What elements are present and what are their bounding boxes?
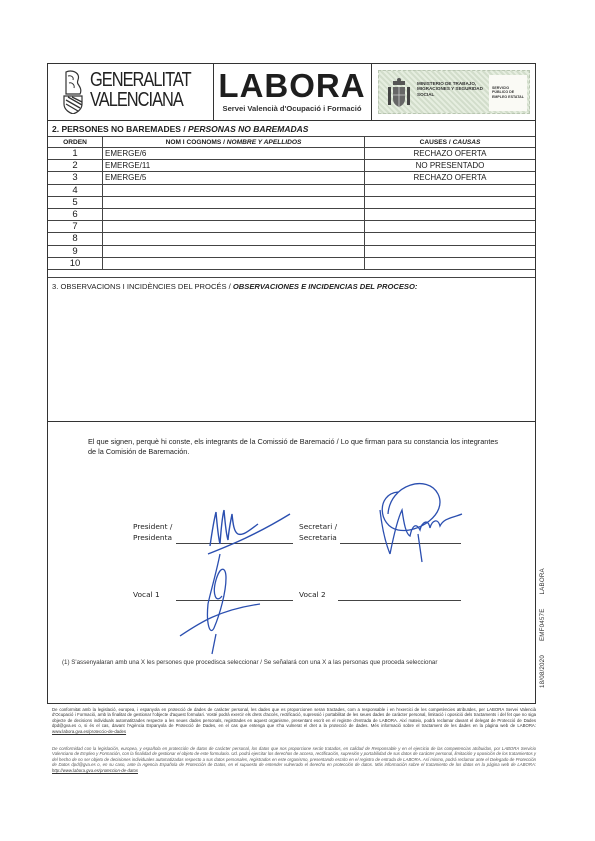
vocal-2-signature-line [338,600,461,601]
president-label: President / Presidenta [133,522,172,543]
signature-intro: El que signen, perquè hi conste, els int… [88,437,508,457]
cell-name [103,257,365,269]
generalitat-shield-icon [62,70,84,114]
table-row: 9 [48,245,535,257]
column-header-name: NOM I COGNOMS / NOMBRE Y APELLIDOS [103,137,365,148]
cell-order: 6 [48,208,103,220]
cell-cause [365,257,536,269]
column-header-cause: CAUSES / CAUSAS [365,137,536,148]
header: GENERALITAT VALENCIANA LABORA Servei Val… [48,64,535,121]
observations-section: 3. OBSERVACIONS I INCIDÈNCIES DEL PROCÉS… [48,277,535,422]
column-header-order: ORDEN [48,137,103,148]
data-protection-link-es[interactable]: http://www.labora.gva.es/proteccion-de-d… [52,768,138,773]
cell-cause [365,208,536,220]
cell-order: 8 [48,233,103,245]
cell-name [103,233,365,245]
cell-cause: RECHAZO OFERTA [365,172,536,184]
cell-order: 10 [48,257,103,269]
non-scored-persons-table: ORDEN NOM I COGNOMS / NOMBRE Y APELLIDOS… [48,136,535,270]
cell-name [103,245,365,257]
section-3-title: 3. OBSERVACIONS I INCIDÈNCIES DEL PROCÉS… [52,282,417,291]
generalitat-logo: GENERALITAT VALENCIANA [48,64,214,120]
observations-text [52,296,531,417]
cell-name: EMERGE/11 [103,160,365,172]
data-protection-link-va[interactable]: www.labora.gva.es/proteccio-de-dades [52,729,126,734]
table-row: 4 [48,184,535,196]
table-row: 1EMERGE/6RECHAZO OFERTA [48,148,535,160]
labora-title: LABORA [213,67,371,105]
cell-order: 9 [48,245,103,257]
cell-name [103,208,365,220]
table-row: 6 [48,208,535,220]
secretary-label: Secretari / Secretaria [299,522,337,543]
table-header-row: ORDEN NOM I COGNOMS / NOMBRE Y APELLIDOS… [48,137,535,148]
generalitat-name: GENERALITAT VALENCIANA [90,70,191,110]
sepe-name: SERVICIO PÚBLICO DE EMPLEO ESTATAL [492,86,526,99]
data-protection-notice-es: De conformidad con la legislación, europ… [52,746,536,773]
form-frame: GENERALITAT VALENCIANA LABORA Servei Val… [47,63,536,704]
cell-order: 3 [48,172,103,184]
section-2-title: 2. PERSONES NO BAREMADES / PERSONAS NO B… [52,124,308,134]
labora-logo: LABORA Servei Valencià d'Ocupació i Form… [213,64,372,120]
table-row: 3EMERGE/5RECHAZO OFERTA [48,172,535,184]
ministry-name: MINISTERIO DE TRABAJO, MIGRACIONES Y SEG… [417,81,485,97]
cell-order: 7 [48,221,103,233]
table-row: 7 [48,221,535,233]
cell-cause: NO PRESENTADO [365,160,536,172]
cell-name: EMERGE/5 [103,172,365,184]
vocal-2-label: Vocal 2 [299,590,326,601]
data-protection-notice-va: De conformitat amb la legislació, europe… [52,707,536,734]
cell-cause [365,184,536,196]
table-row: 5 [48,196,535,208]
cell-cause [365,196,536,208]
cell-order: 5 [48,196,103,208]
cell-order: 4 [48,184,103,196]
spain-coat-of-arms-icon [386,77,412,109]
side-stamp: 18/08/2020EMF0457ELABORA [539,554,546,688]
cell-cause [365,245,536,257]
cell-name [103,196,365,208]
cell-name [103,221,365,233]
cell-name [103,184,365,196]
cell-cause: RECHAZO OFERTA [365,148,536,160]
table-row: 2EMERGE/11NO PRESENTADO [48,160,535,172]
cell-name: EMERGE/6 [103,148,365,160]
secretary-signature [358,474,468,564]
table-row: 8 [48,233,535,245]
cell-order: 1 [48,148,103,160]
labora-subtitle: Servei Valencià d'Ocupació i Formació [213,104,371,113]
table-row: 10 [48,257,535,269]
cell-cause [365,233,536,245]
cell-order: 2 [48,160,103,172]
cell-cause [365,221,536,233]
selection-note: (1) S'assenyalaran amb una X les persone… [62,659,437,666]
vocal-1-label: Vocal 1 [133,590,160,601]
vocal-1-signature [168,544,268,644]
ministry-logo: MINISTERIO DE TRABAJO, MIGRACIONES Y SEG… [378,70,530,114]
